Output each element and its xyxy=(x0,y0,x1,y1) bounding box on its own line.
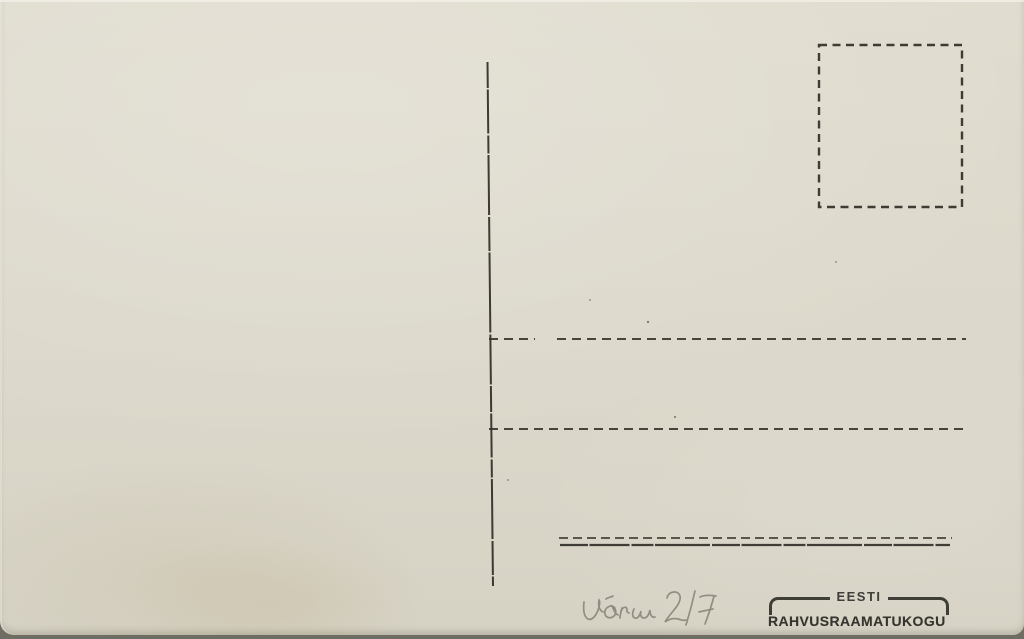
library-stamp: EESTI RAHVUSRAAMATUKOGU xyxy=(769,597,949,635)
stamp-institution-label: RAHVUSRAAMATUKOGU xyxy=(768,613,954,629)
postcard-back xyxy=(0,0,1024,635)
handwriting-note xyxy=(575,585,725,635)
postcard-scan: Võru 2/7 EESTI RAHVUSRAAMATUKOGU xyxy=(0,0,1024,639)
stamp-country-label: EESTI xyxy=(830,590,887,603)
